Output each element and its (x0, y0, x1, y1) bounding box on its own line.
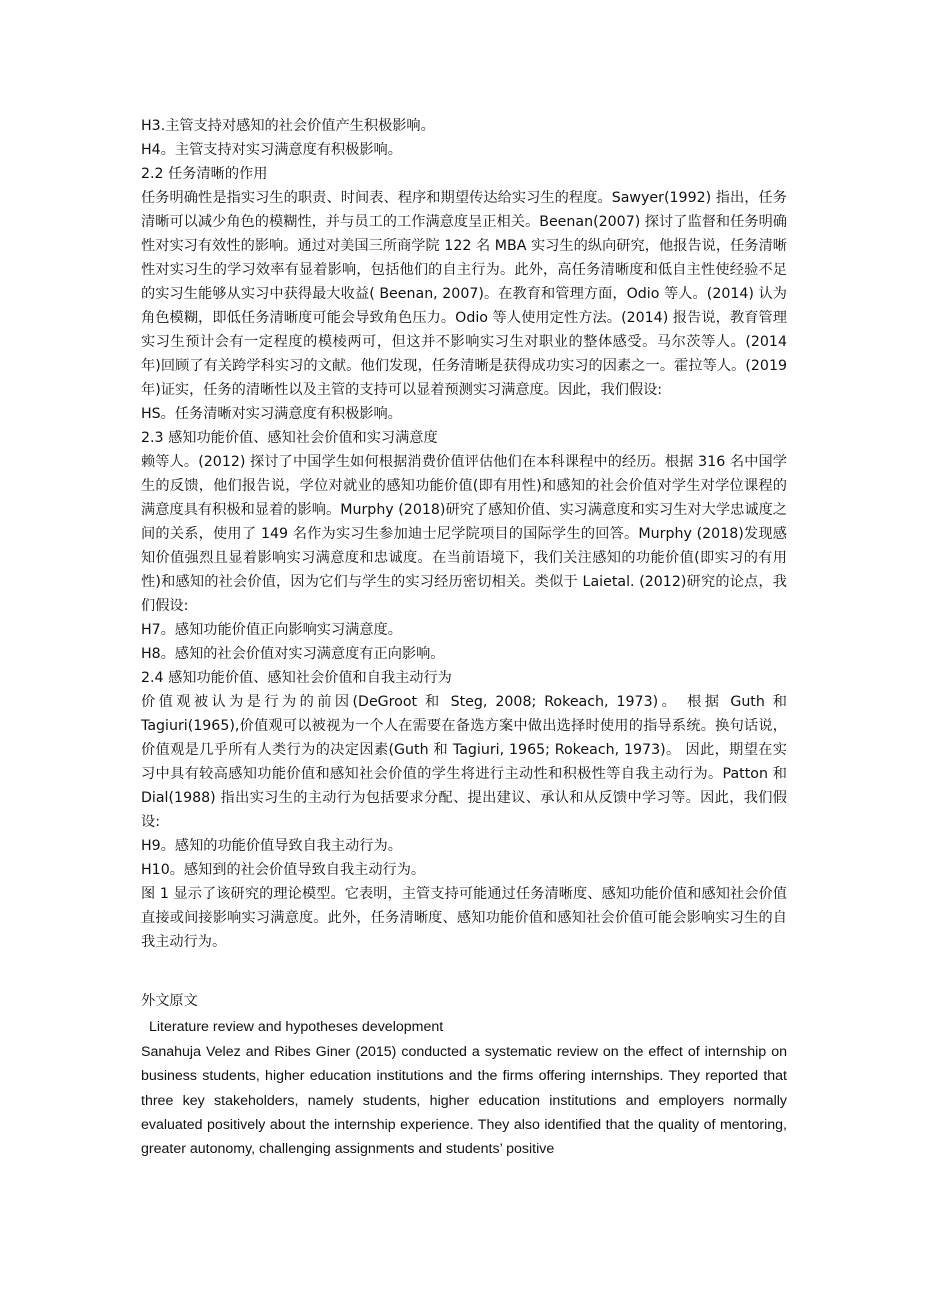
hypothesis-h5: HS。任务清晰对实习满意度有积极影响。 (141, 402, 787, 426)
hypothesis-h9: H9。感知的功能价值导致自我主动行为。 (141, 834, 787, 858)
original-section-title: Literature review and hypotheses develop… (141, 1014, 787, 1040)
section-heading-2-3: 2.3 感知功能价值、感知社会价值和实习满意度 (141, 426, 787, 450)
section-heading-2-2: 2.2 任务清晰的作用 (141, 162, 787, 186)
section-2-3-paragraph: 赖等人。(2012) 探讨了中国学生如何根据消费价值评估他们在本科课程中的经历。… (141, 450, 787, 618)
hypothesis-h10: H10。感知到的社会价值导致自我主动行为。 (141, 858, 787, 882)
document-page: H3.主管支持对感知的社会价值产生积极影响。 H4。主管支持对实习满意度有积极影… (141, 114, 787, 1161)
hypothesis-h4: H4。主管支持对实习满意度有积极影响。 (141, 138, 787, 162)
section-2-2-paragraph: 任务明确性是指实习生的职责、时间表、程序和期望传达给实习生的程度。Sawyer(… (141, 186, 787, 402)
model-paragraph: 图 1 显示了该研究的理论模型。它表明，主管支持可能通过任务清晰度、感知功能价值… (141, 882, 787, 954)
hypothesis-h7: H7。感知功能价值正向影响实习满意度。 (141, 618, 787, 642)
original-paragraph: Sanahuja Velez and Ribes Giner (2015) co… (141, 1040, 787, 1161)
spacer (141, 954, 787, 988)
hypothesis-h8: H8。感知的社会价值对实习满意度有正向影响。 (141, 642, 787, 666)
original-text-label: 外文原文 (141, 988, 787, 1014)
section-heading-2-4: 2.4 感知功能价值、感知社会价值和自我主动行为 (141, 666, 787, 690)
section-2-4-paragraph: 价值观被认为是行为的前因(DeGroot 和 Steg, 2008; Rokea… (141, 690, 787, 834)
hypothesis-h3: H3.主管支持对感知的社会价值产生积极影响。 (141, 114, 787, 138)
